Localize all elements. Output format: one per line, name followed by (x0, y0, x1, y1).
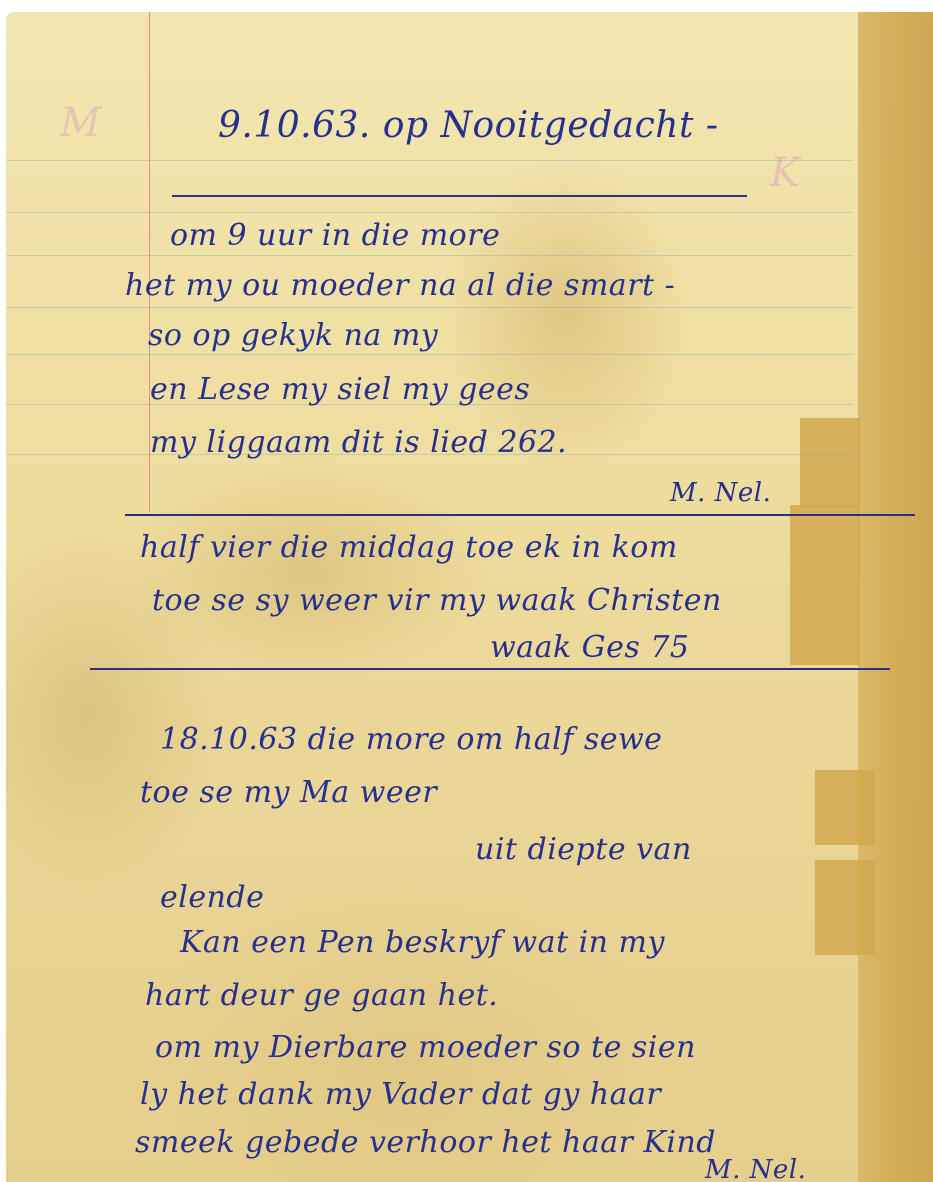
bleed-through-text: K (770, 150, 800, 196)
divider-line (172, 195, 747, 197)
entry3-line: hart deur ge gaan het. (145, 978, 498, 1013)
entry2-line: toe se sy weer vir my waak Christen (152, 583, 722, 618)
entry3-line: 18.10.63 die more om half sewe (160, 722, 662, 757)
tape-patch (815, 770, 875, 845)
tape-patch (815, 860, 875, 955)
ruled-line (6, 212, 853, 213)
bleed-through-text: M (60, 100, 101, 146)
entry3-line: uit diepte van (475, 832, 692, 867)
entry1-line: om 9 uur in die more (170, 218, 500, 253)
entry2-line: half vier die middag toe ek in kom (140, 530, 678, 565)
entry3-line: elende (160, 880, 264, 915)
ruled-line (6, 160, 853, 161)
entry3-line: om my Dierbare moeder so te sien (155, 1030, 696, 1065)
entry3-line: ly het dank my Vader dat gy haar (140, 1077, 661, 1112)
tape-patch (800, 418, 860, 508)
ruled-line (6, 307, 853, 308)
entry1-line: het my ou moeder na al die smart - (125, 268, 675, 303)
entry3-line: Kan een Pen beskryf wat in my (180, 925, 665, 960)
entry1-signature: M. Nel. (670, 478, 771, 508)
divider-line (125, 514, 915, 516)
divider-line (90, 668, 890, 670)
entry3-line: smeek gebede verhoor het haar Kind (135, 1125, 716, 1160)
entry1-heading: 9.10.63. op Nooitgedacht - (218, 105, 719, 146)
ruled-line (6, 354, 853, 355)
entry1-line: en Lese my siel my gees (150, 372, 530, 407)
tape-patch (790, 505, 860, 665)
entry1-line: so op gekyk na my (148, 318, 438, 353)
tape-strip (858, 12, 933, 1182)
entry3-signature: M. Nel. (705, 1155, 806, 1182)
entry2-line: waak Ges 75 (490, 630, 690, 665)
entry3-line: toe se my Ma weer (140, 775, 437, 810)
entry1-line: my liggaam dit is lied 262. (150, 425, 567, 460)
ruled-line (6, 255, 853, 256)
